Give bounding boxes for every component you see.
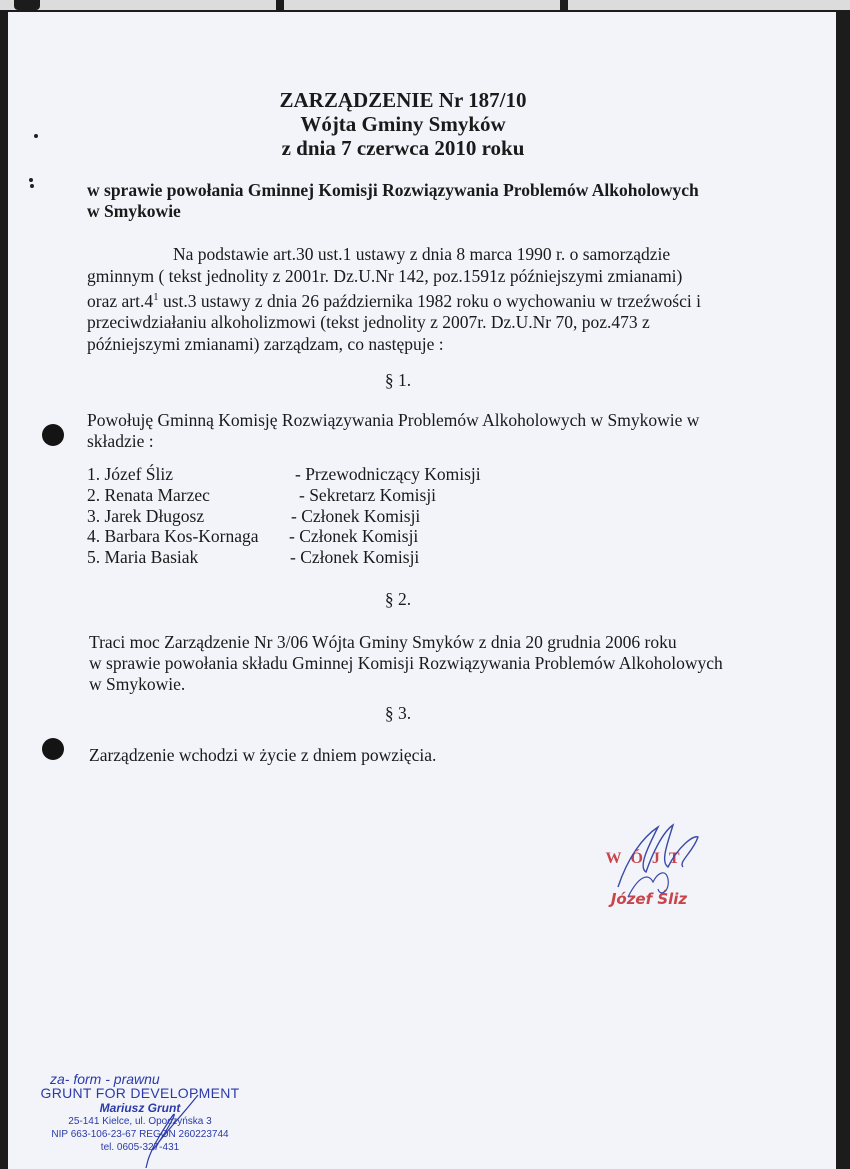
member-row: 5. Maria Basiak - Członek Komisji [87,547,587,568]
punch-hole [42,424,64,446]
scanner-clip [14,0,40,10]
basis-line: późniejszymi zmianami) zarządzam, co nas… [87,334,767,356]
handwritten-note: za- form - prawnu [30,1072,250,1086]
document-issuer: Wójta Gminy Smyków [8,112,798,136]
committee-members-list: 1. Józef Śliz - Przewodniczący Komisji 2… [87,464,587,568]
section-line: w sprawie powołania składu Gminnej Komis… [89,653,789,674]
document-date: z dnia 7 czerwca 2010 roku [8,136,798,160]
handwritten-signature [598,817,708,907]
member-name: 3. Jarek Długosz [87,506,292,527]
member-role: - Członek Komisji [290,547,419,568]
document-subject: w sprawie powołania Gminnej Komisji Rozw… [87,180,787,222]
document-title: ZARZĄDZENIE Nr 187/10 [8,88,798,112]
member-role: - Członek Komisji [291,506,420,527]
punch-hole [42,738,64,760]
section-mark-3: § 3. [8,703,788,724]
scanner-top-strip [0,0,850,10]
basis-line: oraz art.41 ust.3 ustawy z dnia 26 paźdz… [87,287,767,312]
company-signature [108,1090,208,1169]
subject-line: w sprawie powołania Gminnej Komisji Rozw… [87,180,787,201]
scanner-clip [560,0,568,10]
section-mark-2: § 2. [8,589,788,610]
scanner-clip [276,0,284,10]
section-3-text: Zarządzenie wchodzi w życie z dniem powz… [89,745,789,766]
intro-line: Powołuję Gminną Komisję Rozwiązywania Pr… [87,410,787,431]
section-mark-1: § 1. [8,370,788,391]
member-row: 4. Barbara Kos-Kornaga - Członek Komisji [87,526,587,547]
scan-speck [29,178,33,182]
member-name: 5. Maria Basiak [87,547,292,568]
member-name: 1. Józef Śliz [87,464,292,485]
member-role: - Przewodniczący Komisji [295,464,481,485]
member-row: 2. Renata Marzec - Sekretarz Komisji [87,485,587,506]
member-row: 1. Józef Śliz - Przewodniczący Komisji [87,464,587,485]
section-line: Traci moc Zarządzenie Nr 3/06 Wójta Gmin… [89,632,789,653]
basis-line: Na podstawie art.30 ust.1 ustawy z dnia … [87,244,767,266]
member-role: - Sekretarz Komisji [299,485,436,506]
scan-speck [30,184,34,188]
basis-line: gminnym ( tekst jednolity z 2001r. Dz.U.… [87,266,767,288]
document-page: ZARZĄDZENIE Nr 187/10 Wójta Gminy Smyków… [8,12,836,1169]
member-role: - Członek Komisji [289,526,418,547]
member-row: 3. Jarek Długosz - Członek Komisji [87,506,587,527]
section-2-text: Traci moc Zarządzenie Nr 3/06 Wójta Gmin… [89,632,789,695]
legal-basis: Na podstawie art.30 ust.1 ustawy z dnia … [87,244,767,355]
member-name: 2. Renata Marzec [87,485,292,506]
document-title-block: ZARZĄDZENIE Nr 187/10 Wójta Gminy Smyków… [8,88,798,160]
section-line: w Smykowie. [89,674,789,695]
basis-line: przeciwdziałaniu alkoholizmowi (tekst je… [87,312,767,334]
subject-line: w Smykowie [87,201,787,222]
member-name: 4. Barbara Kos-Kornaga [87,526,292,547]
intro-line: składzie : [87,431,787,452]
section-1-intro: Powołuję Gminną Komisję Rozwiązywania Pr… [87,410,787,452]
